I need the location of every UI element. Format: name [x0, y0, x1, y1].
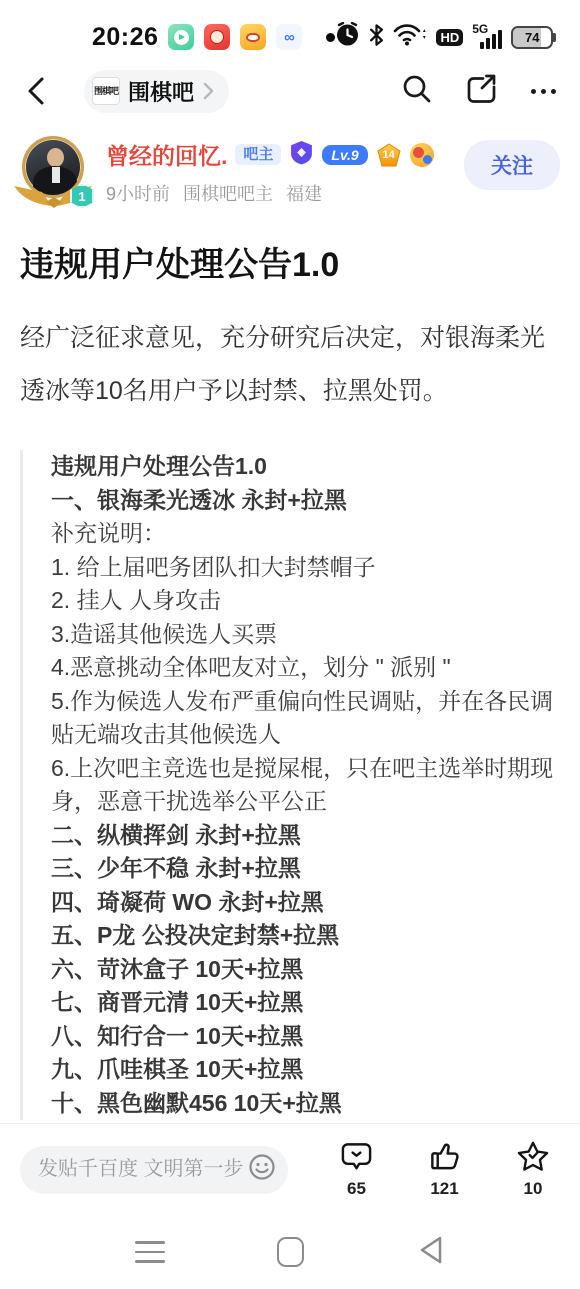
emoji-badge-icon — [410, 143, 434, 167]
video-play-app-icon — [168, 24, 194, 50]
bottom-action-bar: 65 121 10 — [0, 1123, 580, 1215]
gem-badge-number: 14 — [376, 143, 402, 167]
quote-line: 违规用户处理公告1.0 — [51, 450, 560, 484]
battery-percent: 74 — [525, 30, 539, 45]
quote-line: 补充说明： — [51, 517, 560, 551]
like-button[interactable]: 121 — [428, 1140, 461, 1199]
star-icon — [516, 1140, 550, 1178]
avatar[interactable]: 1 — [14, 132, 98, 216]
reply-box[interactable] — [20, 1146, 288, 1194]
android-back-icon[interactable] — [416, 1234, 446, 1271]
chevron-right-icon — [202, 81, 215, 101]
clock-time: 20:26 — [92, 23, 158, 52]
like-count: 121 — [430, 1179, 458, 1199]
quote-line: 一、银海柔光透冰 永封+拉黑 — [51, 484, 560, 518]
signal-5g-icon: 5G — [472, 24, 502, 50]
quote-line: 二、纵横挥剑 永封+拉黑 — [51, 819, 560, 853]
emoji-smiley-icon[interactable] — [248, 1153, 276, 1186]
quote-line: 2. 挂人 人身攻击 — [51, 584, 560, 618]
quote-line: 九、爪哇棋圣 10天+拉黑 — [51, 1053, 560, 1087]
post-title: 违规用户处理公告1.0 — [20, 237, 560, 286]
forum-name: 围棋吧 — [128, 76, 194, 107]
hd-icon: HD — [436, 29, 463, 46]
author-location: 福建 — [286, 180, 322, 206]
weibo-app-icon — [240, 24, 266, 50]
thumbs-up-icon — [428, 1140, 461, 1178]
post-meta: 9小时前 围棋吧吧主 福建 — [106, 180, 456, 206]
more-menu-icon[interactable] — [531, 89, 556, 94]
forum-avatar: 围棋吧 — [92, 77, 120, 105]
battery-icon: 74 — [511, 26, 556, 49]
post-time: 9小时前 — [106, 180, 170, 206]
level-badge: Lv.9 — [322, 145, 367, 165]
comment-bubble-icon — [340, 1140, 373, 1178]
username[interactable]: 曾经的回忆. — [106, 138, 227, 171]
search-icon[interactable] — [401, 73, 432, 109]
quote-line: 3.造谣其他候选人买票 — [51, 618, 560, 652]
quote-line: 七、商晋元清 10天+拉黑 — [51, 986, 560, 1020]
favorite-count: 10 — [524, 1179, 543, 1199]
share-compose-icon[interactable] — [466, 73, 497, 109]
follow-button[interactable]: 关注 — [464, 140, 560, 190]
reply-input[interactable] — [38, 1158, 248, 1181]
moderator-badge: 吧主 — [235, 144, 281, 165]
android-nav-bar — [0, 1215, 580, 1289]
quote-line: 四、琦凝荷 WO 永封+拉黑 — [51, 886, 560, 920]
bluetooth-icon — [369, 23, 384, 52]
comments-button[interactable]: 65 — [340, 1140, 373, 1199]
status-bar: 20:26 ∞ HD 5G 74 — [0, 0, 580, 60]
post-header: 1 曾经的回忆. 吧主 Lv.9 14 9小时前 围棋吧吧主 福建 关注 — [0, 122, 580, 216]
quote-line: 三、少年不稳 永封+拉黑 — [51, 852, 560, 886]
author-role: 围棋吧吧主 — [183, 180, 273, 206]
quote-line: 六、苛沐盒子 10天+拉黑 — [51, 953, 560, 987]
quote-block: 违规用户处理公告1.0一、银海柔光透冰 永封+拉黑补充说明：1. 给上届吧务团队… — [20, 450, 560, 1120]
quote-line: 十、黑色幽默456 10天+拉黑 — [51, 1087, 560, 1121]
comment-count: 65 — [347, 1179, 366, 1199]
camera-cutout — [326, 33, 335, 42]
quote-line: 6.上次吧主竞选也是搅屎棍，只在吧主选举时期现身，恶意干扰选举公平公正 — [51, 752, 560, 819]
back-button[interactable] — [24, 76, 48, 106]
recents-menu-icon[interactable] — [135, 1241, 165, 1263]
quote-line: 4.恶意挑动全体吧友对立，划分 " 派别 " — [51, 651, 560, 685]
quote-line: 1. 给上届吧务团队扣大封禁帽子 — [51, 551, 560, 585]
quote-line: 5.作为候选人发布严重偏向性民调贴，并在各民调贴无端攻击其他候选人 — [51, 685, 560, 752]
game-app-icon — [204, 24, 230, 50]
nav-bar: 围棋吧 围棋吧 — [0, 60, 580, 122]
netdisk-app-icon: ∞ — [276, 24, 302, 50]
alarm-icon — [335, 22, 360, 52]
wifi-icon — [393, 22, 427, 52]
quote-line: 五、P龙 公投决定封禁+拉黑 — [51, 919, 560, 953]
post-body: 经广泛征求意见，充分研究后决定，对银海柔光透冰等10名用户予以封禁、拉黑处罚。 — [20, 312, 560, 418]
home-icon[interactable] — [277, 1237, 304, 1267]
gem-badge-icon: 14 — [376, 143, 402, 167]
favorite-button[interactable]: 10 — [516, 1140, 550, 1199]
forum-chip[interactable]: 围棋吧 围棋吧 — [84, 70, 229, 113]
quote-line: 八、知行合一 10天+拉黑 — [51, 1020, 560, 1054]
vip-shield-icon — [289, 140, 314, 170]
